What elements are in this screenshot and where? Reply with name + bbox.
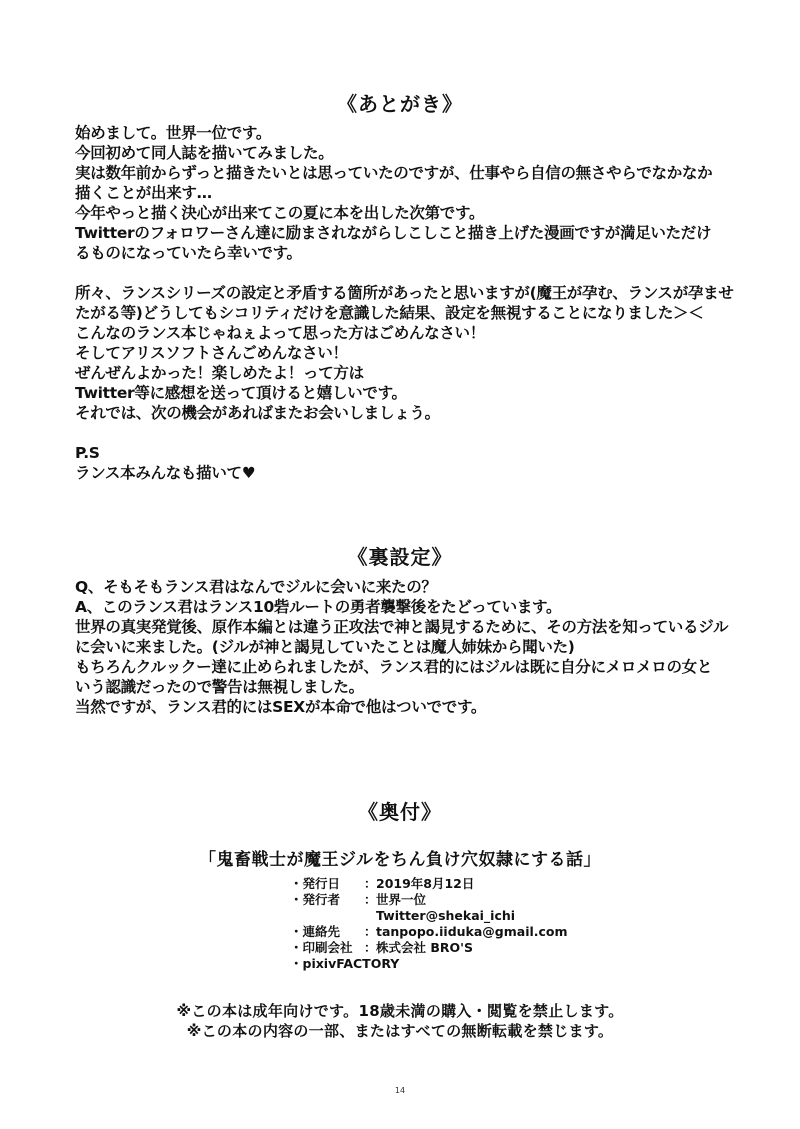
colophon-separator: ： bbox=[364, 940, 376, 956]
afterword-line: 今年やっと描く決心が出来てこの夏に本を出した次第です。 bbox=[75, 203, 735, 223]
afterword-line: そしてアリスソフトさんごめんなさい！ bbox=[75, 343, 735, 363]
colophon-row-printer-2: ・pixivFACTORY bbox=[290, 956, 568, 972]
backstory-body: Q、そもそもランス君はなんでジルに会いに来たの？ A、このランス君はランス10砦… bbox=[75, 577, 735, 717]
reproduction-notice: ※この本の内容の一部、またはすべての無断転載を禁じます。 bbox=[0, 1021, 800, 1041]
afterword-line: 実は数年前からずっと描きたいとは思っていたのですが、仕事やら自信の無さやらでなか… bbox=[75, 163, 735, 183]
document-page: 《あとがき》 始めまして。世界一位です。 今回初めて同人誌を描いてみました。 実… bbox=[0, 0, 800, 1129]
page-number: 14 bbox=[0, 1086, 800, 1095]
contact-email: tanpopo.iiduka@gmail.com bbox=[376, 924, 568, 940]
backstory-line: もちろんクルックー達に止められましたが、ランス君的にはジルは既に自分にメロメロの… bbox=[75, 657, 735, 677]
book-title: 「鬼畜戦士が魔王ジルをちん負け穴奴隷にする話」 bbox=[0, 845, 800, 870]
afterword-line: ぜんぜんよかった！楽しめたよ！って方は bbox=[75, 363, 735, 383]
legal-notices: ※この本は成年向けです。18歳未満の購入・閲覧を禁止します。 ※この本の内容の一… bbox=[0, 1001, 800, 1041]
afterword-line: こんなのランス本じゃねぇよって思った方はごめんなさい！ bbox=[75, 323, 735, 343]
colophon-row-printer: ・印刷会社 ： 株式会社 BRO'S bbox=[290, 940, 568, 956]
colophon-value: 2019年8月12日 bbox=[376, 876, 474, 892]
afterword-line: Twitterのフォロワーさん達に励まされながらしこしこと描き上げた漫画ですが満… bbox=[75, 223, 735, 243]
colophon-value: 株式会社 BRO'S bbox=[376, 940, 473, 956]
afterword-line: 今回初めて同人誌を描いてみました。 bbox=[75, 143, 735, 163]
afterword-line: るものになっていたら幸いです。 bbox=[75, 243, 735, 263]
colophon-separator bbox=[364, 908, 376, 924]
colophon-separator: ： bbox=[364, 892, 376, 908]
backstory-line: 世界の真実発覚後、原作本編とは違う正攻法で神と謁見するために、その方法を知ってい… bbox=[75, 617, 735, 637]
afterword-line: たがる等)どうしてもシコリティだけを意識した結果、設定を無視することになりました… bbox=[75, 303, 735, 323]
backstory-line: に会いに来ました。(ジルが神と謁見していたことは魔人姉妹から聞いた) bbox=[75, 637, 735, 657]
colophon-separator: ： bbox=[364, 876, 376, 892]
colophon-label: ・発行日 bbox=[290, 876, 364, 892]
colophon-label: ・印刷会社 bbox=[290, 940, 364, 956]
afterword-ps-label: P.S bbox=[75, 443, 735, 463]
backstory-answer: A、このランス君はランス10砦ルートの勇者襲撃後をたどっています。 bbox=[75, 597, 735, 617]
colophon-label: ・発行者 bbox=[290, 892, 364, 908]
colophon-label bbox=[290, 908, 364, 924]
colophon-row-publish-date: ・発行日 ： 2019年8月12日 bbox=[290, 876, 568, 892]
backstory-heading: 《裏設定》 bbox=[0, 541, 800, 570]
afterword-blank-line bbox=[75, 423, 735, 443]
afterword-line: それでは、次の機会があればまたお会いしましょう。 bbox=[75, 403, 735, 423]
backstory-line: いう認識だったので警告は無視しました。 bbox=[75, 677, 735, 697]
afterword-line: 始めまして。世界一位です。 bbox=[75, 123, 735, 143]
colophon-value: 世界一位 bbox=[376, 892, 426, 908]
afterword-ps-line: ランス本みんなも描いて♥ bbox=[75, 463, 735, 483]
colophon-row-twitter: Twitter@shekai_ichi bbox=[290, 908, 568, 924]
colophon-table: ・発行日 ： 2019年8月12日 ・発行者 ： 世界一位 Twitter@sh… bbox=[290, 876, 568, 972]
afterword-body: 始めまして。世界一位です。 今回初めて同人誌を描いてみました。 実は数年前からず… bbox=[75, 123, 735, 483]
colophon-row-contact: ・連絡先 ： tanpopo.iiduka@gmail.com bbox=[290, 924, 568, 940]
afterword-blank-line bbox=[75, 263, 735, 283]
colophon-separator: ： bbox=[364, 924, 376, 940]
colophon-label: ・pixivFACTORY bbox=[290, 956, 399, 972]
backstory-line: 当然ですが、ランス君的にはSEXが本命で他はついでです。 bbox=[75, 697, 735, 717]
colophon-row-publisher: ・発行者 ： 世界一位 bbox=[290, 892, 568, 908]
twitter-handle: Twitter@shekai_ichi bbox=[376, 908, 515, 924]
afterword-line: Twitter等に感想を送って頂けると嬉しいです。 bbox=[75, 383, 735, 403]
afterword-heading: 《あとがき》 bbox=[0, 88, 800, 117]
afterword-line: 所々、ランスシリーズの設定と矛盾する箇所があったと思いますが(魔王が孕む、ランス… bbox=[75, 283, 735, 303]
backstory-question: Q、そもそもランス君はなんでジルに会いに来たの？ bbox=[75, 577, 735, 597]
colophon-heading: 《奥付》 bbox=[0, 796, 800, 825]
colophon-label: ・連絡先 bbox=[290, 924, 364, 940]
afterword-line: 描くことが出来す… bbox=[75, 183, 735, 203]
adult-content-notice: ※この本は成年向けです。18歳未満の購入・閲覧を禁止します。 bbox=[0, 1001, 800, 1021]
